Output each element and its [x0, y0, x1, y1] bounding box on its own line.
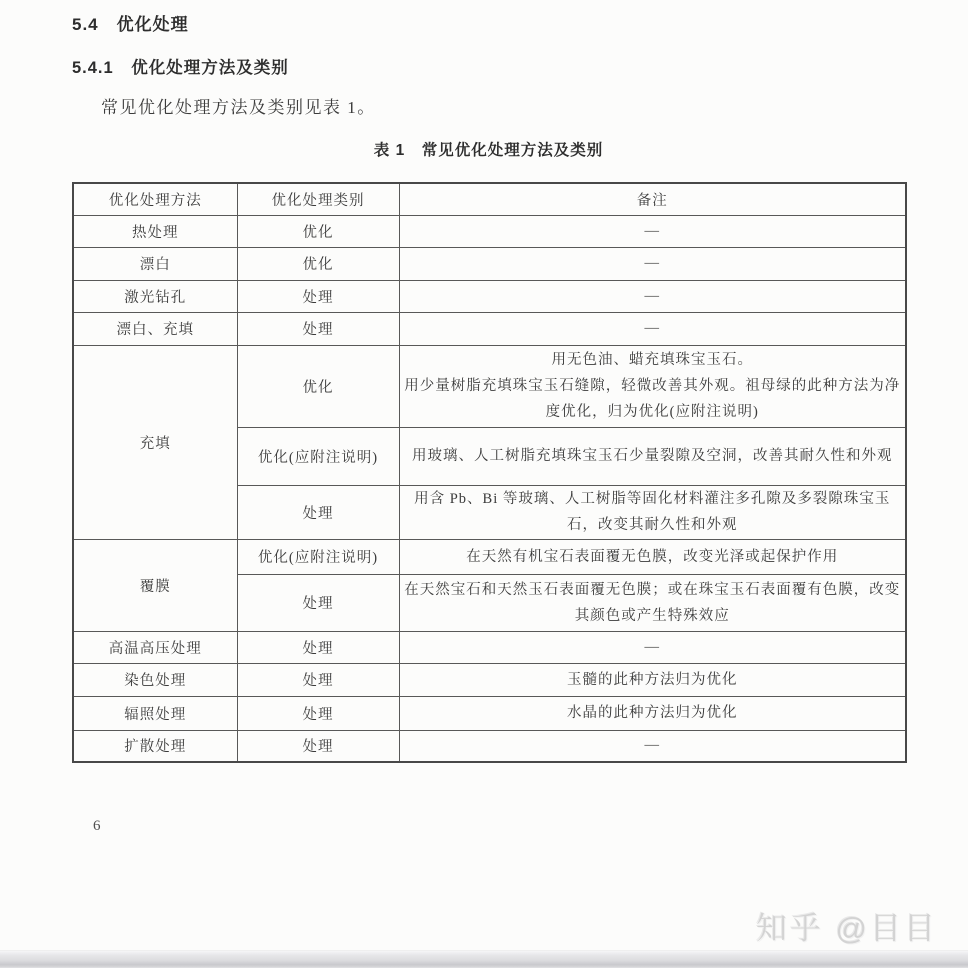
- table-row: 漂白 优化 —: [73, 247, 906, 280]
- table-row: 覆膜 优化(应附注说明) 在天然有机宝石表面覆无色膜，改变光泽或起保护作用: [73, 539, 906, 574]
- category-cell: 优化: [237, 247, 399, 280]
- note-cell: 用含 Pb、Bi 等玻璃、人工树脂等固化材料灌注多孔隙及多裂隙珠宝玉石，改变其耐…: [399, 485, 906, 539]
- note-cell: 玉髓的此种方法归为优化: [399, 663, 906, 696]
- note-cell: —: [399, 730, 906, 762]
- method-cell: 覆膜: [73, 539, 237, 631]
- watermark: 知乎 @目目: [756, 903, 938, 948]
- note-cell: —: [399, 280, 906, 312]
- table-row: 漂白、充填 处理 —: [73, 312, 906, 345]
- table-caption: 表 1 常见优化处理方法及类别: [72, 138, 905, 160]
- category-cell: 处理: [237, 730, 399, 762]
- subsection-heading: 5.4.1 优化处理方法及类别: [72, 54, 289, 78]
- method-cell: 漂白、充填: [73, 312, 237, 345]
- note-cell: 用玻璃、人工树脂充填珠宝玉石少量裂隙及空洞，改善其耐久性和外观: [399, 427, 906, 485]
- category-cell: 处理: [237, 663, 399, 696]
- category-cell: 优化(应附注说明): [237, 539, 399, 574]
- table-row: 辐照处理 处理 水晶的此种方法归为优化: [73, 696, 906, 730]
- header-method: 优化处理方法: [73, 183, 237, 215]
- note-cell: 在天然有机宝石表面覆无色膜，改变光泽或起保护作用: [399, 539, 906, 574]
- category-cell: 处理: [237, 696, 399, 730]
- bottom-scrollbar[interactable]: [0, 950, 968, 968]
- note-cell: 水晶的此种方法归为优化: [399, 696, 906, 730]
- section-heading: 5.4 优化处理: [72, 10, 189, 35]
- table-row: 激光钻孔 处理 —: [73, 280, 906, 312]
- header-category: 优化处理类别: [237, 183, 399, 215]
- intro-paragraph: 常见优化处理方法及类别见表 1。: [101, 93, 376, 118]
- method-cell: 高温高压处理: [73, 631, 237, 663]
- category-cell: 优化(应附注说明): [237, 427, 399, 485]
- category-cell: 优化: [237, 345, 399, 427]
- category-cell: 优化: [237, 215, 399, 247]
- note-cell: —: [399, 631, 906, 663]
- table-row: 高温高压处理 处理 —: [73, 631, 906, 663]
- page-number: 6: [93, 818, 101, 835]
- treatments-table: 优化处理方法 优化处理类别 备注 热处理 优化 — 漂白 优化 — 激光钻孔 处…: [72, 182, 907, 763]
- note-cell: 在天然宝石和天然玉石表面覆无色膜；或在珠宝玉石表面覆有色膜，改变其颜色或产生特殊…: [399, 574, 906, 631]
- method-cell: 激光钻孔: [73, 280, 237, 312]
- method-cell: 扩散处理: [73, 730, 237, 762]
- method-cell: 染色处理: [73, 663, 237, 696]
- table-row: 热处理 优化 —: [73, 215, 906, 247]
- table-header-row: 优化处理方法 优化处理类别 备注: [73, 183, 906, 215]
- category-cell: 处理: [237, 312, 399, 345]
- table-row: 充填 优化 用无色油、蜡充填珠宝玉石。 用少量树脂充填珠宝玉石缝隙，轻微改善其外…: [73, 345, 906, 427]
- note-cell: —: [399, 247, 906, 280]
- category-cell: 处理: [237, 280, 399, 312]
- method-cell: 充填: [73, 345, 237, 539]
- category-cell: 处理: [237, 574, 399, 631]
- note-cell: —: [399, 215, 906, 247]
- table-row: 扩散处理 处理 —: [73, 730, 906, 762]
- table-row: 染色处理 处理 玉髓的此种方法归为优化: [73, 663, 906, 696]
- document-page: 5.4 优化处理 5.4.1 优化处理方法及类别 常见优化处理方法及类别见表 1…: [0, 0, 968, 968]
- note-cell: 用无色油、蜡充填珠宝玉石。 用少量树脂充填珠宝玉石缝隙，轻微改善其外观。祖母绿的…: [399, 345, 906, 427]
- note-cell: —: [399, 312, 906, 345]
- method-cell: 热处理: [73, 215, 237, 247]
- method-cell: 漂白: [73, 247, 237, 280]
- method-cell: 辐照处理: [73, 696, 237, 730]
- category-cell: 处理: [237, 485, 399, 539]
- header-note: 备注: [399, 183, 906, 215]
- category-cell: 处理: [237, 631, 399, 663]
